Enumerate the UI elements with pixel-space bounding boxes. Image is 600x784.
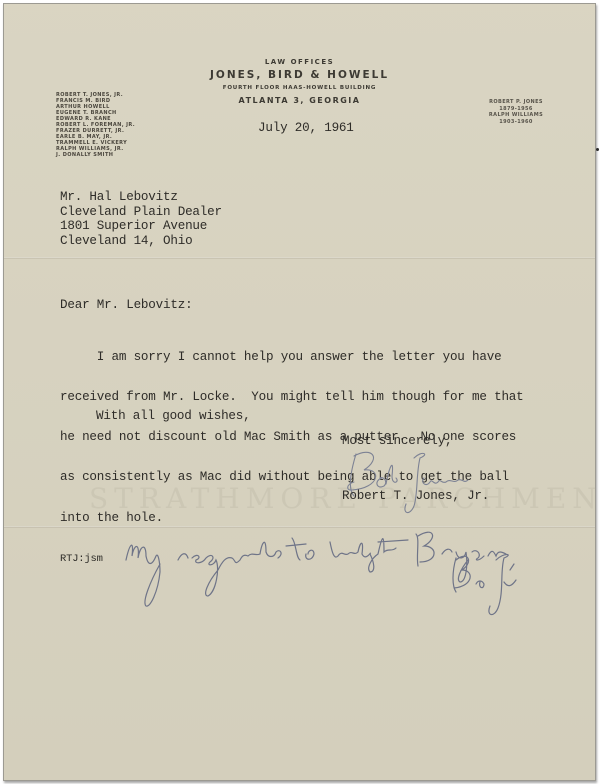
recipient-line: 1801 Superior Avenue xyxy=(60,219,222,234)
recipient-line: Cleveland Plain Dealer xyxy=(60,205,222,220)
founder-name: ROBERT P. JONES xyxy=(478,99,554,106)
reference-initials: RTJ:jsm xyxy=(60,553,103,565)
good-wishes: With all good wishes, xyxy=(96,409,251,423)
firm-building: FOURTH FLOOR HAAS-HOWELL BUILDING xyxy=(4,85,595,91)
closing: Most sincerely, xyxy=(342,434,452,448)
letter-date: July 20, 1961 xyxy=(258,121,354,135)
letter-page: STRATHMORE PARCHMENT LAW OFFICES JONES, … xyxy=(3,3,596,781)
partners-list: ROBERT T. JONES, JR. FRANCIS M. BIRD ART… xyxy=(56,92,135,158)
firm-name: JONES, BIRD & HOWELL xyxy=(4,69,595,81)
founder-years: 1903-1960 xyxy=(478,119,554,126)
recipient-address: Mr. Hal Lebovitz Cleveland Plain Dealer … xyxy=(60,190,222,248)
body-line: received from Mr. Locke. You might tell … xyxy=(60,391,524,404)
body-line: I am sorry I cannot help you answer the … xyxy=(60,351,524,364)
partner-name: J. DONALLY SMITH xyxy=(56,152,135,158)
salutation: Dear Mr. Lebovitz: xyxy=(60,298,192,312)
body-line: into the hole. xyxy=(60,512,524,525)
letterhead-kicker: LAW OFFICES xyxy=(4,58,595,66)
founder-name: RALPH WILLIAMS xyxy=(478,112,554,119)
typed-signatory-name: Robert T. Jones, Jr. xyxy=(342,489,489,503)
body-line: he need not discount old Mac Smith as a … xyxy=(60,431,524,444)
handwritten-signoff-bob-j xyxy=(444,542,534,622)
recipient-line: Mr. Hal Lebovitz xyxy=(60,190,222,205)
fold-crease-upper xyxy=(4,257,595,259)
recipient-line: Cleveland 14, Ohio xyxy=(60,234,222,249)
letter-body: I am sorry I cannot help you answer the … xyxy=(60,324,524,552)
ink-speck xyxy=(596,148,599,151)
body-line: as consistently as Mac did without being… xyxy=(60,471,524,484)
founders-list: ROBERT P. JONES 1879-1956 RALPH WILLIAMS… xyxy=(478,99,554,125)
